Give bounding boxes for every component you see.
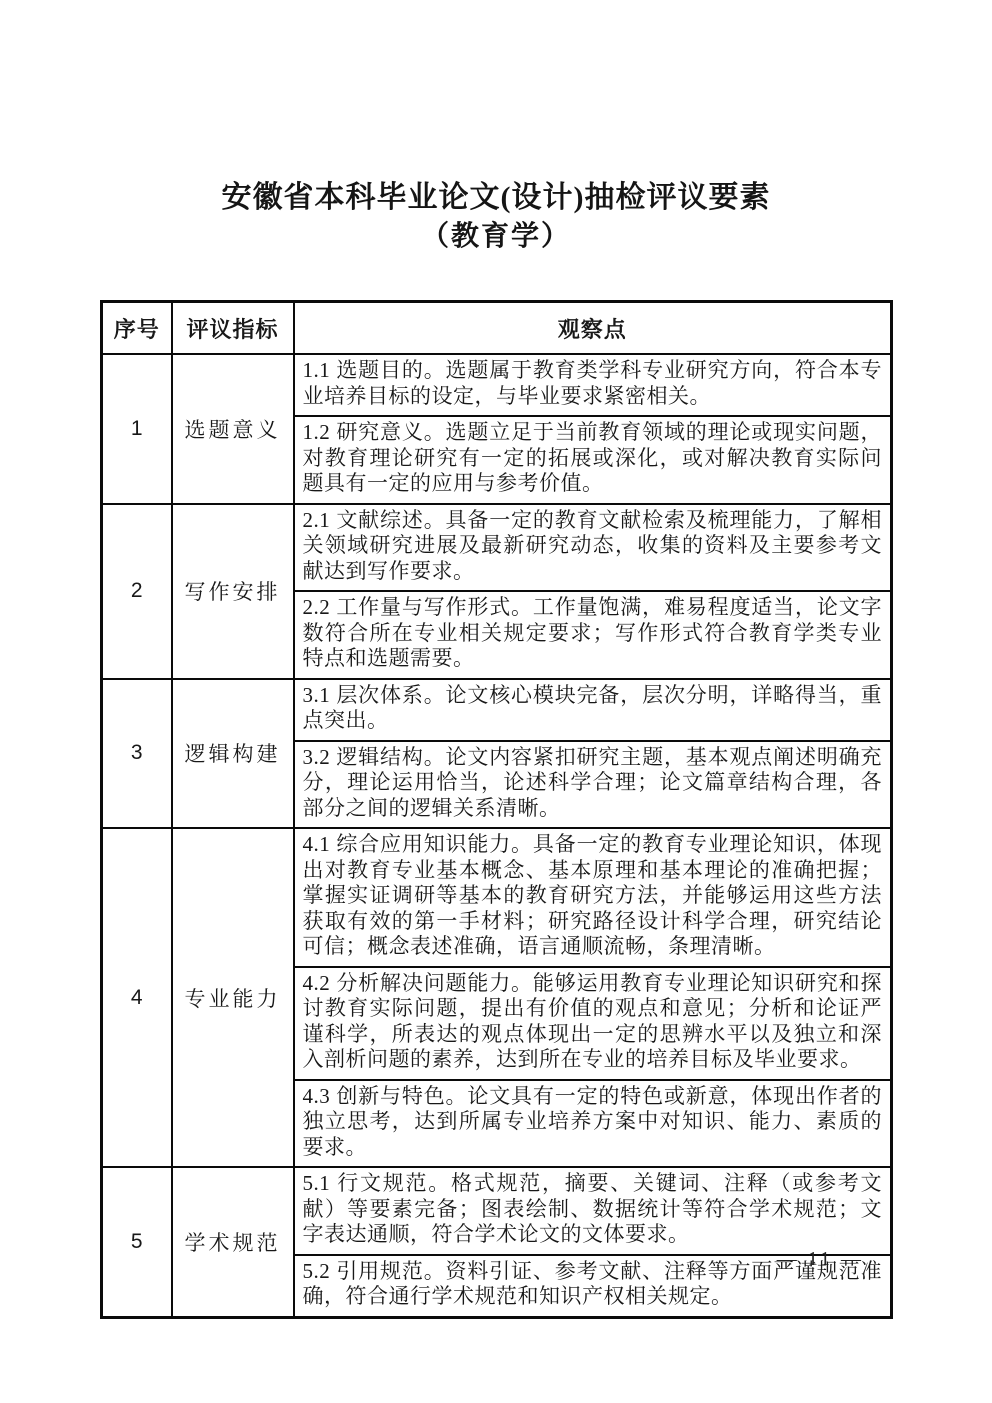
observation-point: 3.1 层次体系。论文核心模块完备，层次分明，详略得当，重点突出。	[294, 679, 892, 741]
document-subtitle: （教育学）	[0, 214, 992, 254]
review-elements-table: 序号 评议指标 观察点 1 选题意义 1.1 选题目的。选题属于教育类学科专业研…	[100, 300, 893, 1319]
row-indicator: 学术规范	[172, 1167, 294, 1317]
observation-point: 1.2 研究意义。选题立足于当前教育领域的理论或现实问题，对教育理论研究有一定的…	[294, 416, 892, 504]
table-header-row: 序号 评议指标 观察点	[102, 302, 892, 355]
document-title: 安徽省本科毕业论文(设计)抽检评议要素	[0, 172, 992, 216]
table-row: 4 专业能力 4.1 综合应用知识能力。具备一定的教育专业理论知识，体现出对教育…	[102, 828, 892, 967]
row-indicator: 写作安排	[172, 504, 294, 679]
col-header-index: 序号	[102, 302, 172, 355]
observation-point: 1.1 选题目的。选题属于教育类学科专业研究方向，符合本专业培养目标的设定，与毕…	[294, 354, 892, 416]
table-row: 1 选题意义 1.1 选题目的。选题属于教育类学科专业研究方向，符合本专业培养目…	[102, 354, 892, 416]
col-header-observation: 观察点	[294, 302, 892, 355]
table-row: 2 写作安排 2.1 文献综述。具备一定的教育文献检索及梳理能力，了解相关领域研…	[102, 504, 892, 592]
row-number: 5	[102, 1167, 172, 1317]
col-header-indicator: 评议指标	[172, 302, 294, 355]
observation-point: 4.2 分析解决问题能力。能够运用教育专业理论知识研究和探讨教育实际问题，提出有…	[294, 967, 892, 1080]
document-page: 安徽省本科毕业论文(设计)抽检评议要素 （教育学） 序号 评议指标 观察点 1 …	[0, 0, 992, 1403]
row-indicator: 选题意义	[172, 354, 294, 504]
row-number: 3	[102, 679, 172, 829]
observation-point: 4.1 综合应用知识能力。具备一定的教育专业理论知识，体现出对教育专业基本概念、…	[294, 828, 892, 967]
table-row: 5 学术规范 5.1 行文规范。格式规范，摘要、关键词、注释（或参考文献）等要素…	[102, 1167, 892, 1255]
row-indicator: 逻辑构建	[172, 679, 294, 829]
observation-point: 3.2 逻辑结构。论文内容紧扣研究主题，基本观点阐述明确充分，理论运用恰当，论述…	[294, 741, 892, 829]
observation-point: 4.3 创新与特色。论文具有一定的特色或新意，体现出作者的独立思考，达到所属专业…	[294, 1080, 892, 1168]
row-indicator: 专业能力	[172, 828, 294, 1167]
table-row: 3 逻辑构建 3.1 层次体系。论文核心模块完备，层次分明，详略得当，重点突出。	[102, 679, 892, 741]
observation-point: 2.1 文献综述。具备一定的教育文献检索及梳理能力，了解相关领域研究进展及最新研…	[294, 504, 892, 592]
observation-point: 5.1 行文规范。格式规范，摘要、关键词、注释（或参考文献）等要素完备；图表绘制…	[294, 1167, 892, 1255]
page-number: — 11 —	[777, 1248, 864, 1271]
observation-point: 2.2 工作量与写作形式。工作量饱满，难易程度适当，论文字数符合所在专业相关规定…	[294, 591, 892, 679]
row-number: 1	[102, 354, 172, 504]
row-number: 2	[102, 504, 172, 679]
row-number: 4	[102, 828, 172, 1167]
